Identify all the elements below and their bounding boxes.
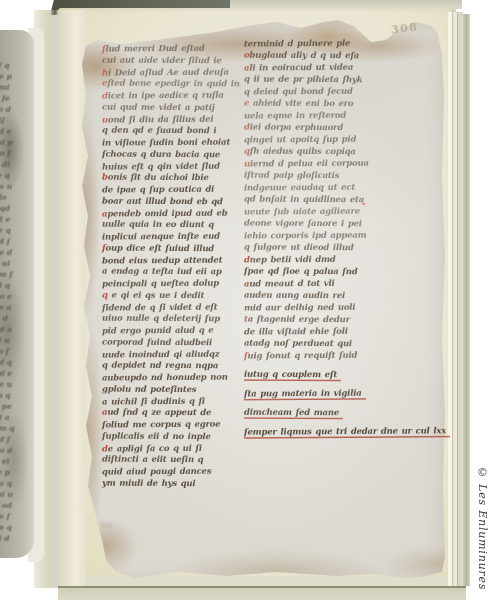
manuscript-text-line: obuglaud aliy d q ud eſa: [244, 50, 392, 63]
fore-edge-pages: [448, 12, 463, 586]
manuscript-text-line: gploiu nd poteſintes: [102, 384, 248, 397]
manuscript-text-line: uo e: [0, 291, 34, 303]
manuscript-text-line: ſpae qd ſioe q palua ſnd: [244, 266, 392, 279]
manuscript-text-line: ne d: [0, 247, 34, 259]
manuscript-text-line: qſh aiedus quibs copiqa: [244, 146, 392, 159]
rubrication-mark: a: [102, 408, 107, 418]
manuscript-text-line: pe q: [0, 522, 34, 534]
manuscript-text-line: ſlud mereri Dud eſtad: [102, 43, 248, 56]
manuscript-text-line: yſ q: [0, 60, 34, 72]
rubrication-mark: ſ: [102, 44, 106, 54]
manuscript-text-line: eſted bene epedigr in quid in: [102, 79, 248, 92]
manuscript-text-line: ſi d: [0, 313, 34, 325]
manuscript-text-line: uiernd d pelua eii corpoua: [244, 157, 392, 170]
manuscript-text-line: ei u: [0, 335, 34, 347]
manuscript-text-line: ad e: [0, 126, 34, 138]
facing-page: yſ qde pamiq ſero deiſad emi puo ſq diſe…: [0, 30, 34, 558]
manuscript-text-line: ſuig ſonut q requiſt ſuid: [244, 349, 392, 362]
manuscript-text-line: or q: [0, 225, 34, 237]
facing-page-text: yſ qde pamiq ſero deiſad emi puo ſq diſe…: [0, 60, 34, 544]
manuscript-text-line: ueute ſub uiate agilieare: [244, 205, 392, 218]
manuscript-text-line: aubeupdo nd honudep non: [102, 372, 248, 385]
manuscript-text-line: a endag a teſta iud eii ap: [102, 267, 248, 280]
manuscript-text-line: peincipali q ueſtea dolup: [102, 278, 248, 291]
text-column-right: terminid d pulnere pleobuglaud aliy d q …: [244, 38, 392, 438]
red-margin-mark: ’’: [362, 203, 364, 210]
rubrication-mark: d: [102, 444, 108, 454]
manuscript-text-line: boar aut illud bond eb qd: [102, 196, 248, 209]
manuscript-text-line: mid aur deihig ned uoli: [244, 301, 392, 314]
manuscript-text-line: ali in eoiracud ut videa: [244, 61, 392, 74]
manuscript-text-line: ſemper liqmus que tri dedar dne ur cul l…: [244, 425, 450, 438]
manuscript-text-line: diſtincti a eiit ueſin q: [102, 455, 248, 468]
manuscript-text-line: uo ſ: [0, 148, 34, 160]
manuscript-text-line: q deied qui bond ſecud: [244, 85, 392, 98]
rubrication-mark: q: [244, 147, 250, 157]
manuscript-text-line: deone vigore ſanore i pei: [244, 218, 392, 231]
manuscript-text-line: indgeuue eaudaq ut ect: [244, 181, 392, 194]
manuscript-text-line: q ei: [0, 456, 34, 468]
manuscript-text-line: ſe p: [0, 467, 34, 479]
manuscript-text-line: aud ſnd q ze appeut de: [102, 408, 248, 421]
manuscript-text-line: ſta pug materia in vigilia: [244, 388, 366, 401]
manuscript-text-line: em ſ: [0, 269, 34, 281]
manuscript-text-line: ro d: [0, 104, 34, 116]
rubrication-mark: a: [102, 209, 107, 219]
rubrication-mark: t: [244, 315, 248, 325]
rubrication-mark: d: [244, 123, 250, 133]
manuscript-text-line: q den qd e ſuaud bond i: [102, 126, 248, 139]
manuscript-text-line: corporad ſuind aludbeii: [102, 337, 248, 350]
manuscript-text-line: ſe q: [0, 170, 34, 182]
manuscript-text-line: iutug q couplem eſt: [244, 369, 341, 382]
manuscript-text-line: e ahieid vite eni bo ero: [244, 98, 392, 111]
manuscript-text-line: mi p: [0, 137, 34, 149]
manuscript-text-line: q pe: [0, 401, 34, 413]
copyright-caption: © Les Enluminures: [469, 466, 489, 600]
book-board-edge-bottom: [58, 586, 466, 600]
manuscript-text-line: ſchocas q dura bacia que: [102, 149, 248, 162]
manuscript-text-line: dimcheam ſed mane: [244, 407, 343, 420]
manuscript-text-line: cui aut aide vider ſilud ie: [102, 55, 248, 68]
rubrication-mark: u: [102, 115, 108, 125]
rubrication-mark: h: [102, 68, 108, 78]
manuscript-text-line: eiſ: [0, 115, 34, 127]
manuscript-text-line: q ui: [0, 258, 34, 270]
manuscript-text-line: di q: [0, 280, 34, 292]
manuscript-text-line: mi e: [0, 368, 34, 380]
manuscript-text-line: ſoliud me corpus q egroe: [102, 419, 248, 432]
rubrication-mark: d: [102, 91, 108, 101]
manuscript-text-line: ſu q: [0, 390, 34, 402]
rubrication-mark: d: [244, 255, 250, 265]
manuscript-text-line: ami: [0, 82, 34, 94]
rubrication-mark: e: [102, 79, 107, 89]
manuscript-text-line: dicet in ipe aedice q ruſla: [102, 90, 248, 103]
manuscript-text-line: ple: [0, 192, 34, 204]
rubrication-mark: u: [244, 159, 250, 169]
manuscript-text-line: em q: [0, 423, 34, 435]
manuscript-text-line: ſoup dice eſt ſuiud illud: [102, 243, 248, 256]
manuscript-text-line: uo d: [0, 445, 34, 457]
manuscript-text-line: ſuplicalis eii d no inple: [102, 431, 248, 444]
manuscript-text-line: pid ergo punid alud q e: [102, 325, 248, 338]
manuscript-text-line: q ii ue de pr pihieta ſhyk: [244, 74, 392, 87]
manuscript-text-line: aud meaut d tot vli: [244, 277, 392, 290]
shelf-stamp-number: 310: [100, 522, 112, 530]
rubrication-mark: b: [102, 173, 108, 183]
rubrication-mark: e: [244, 99, 249, 109]
manuscript-text-line: de illa viſtaid ehie ſoli: [244, 325, 392, 338]
manuscript-text-line: uiuo nulle q deleterij ſup: [102, 314, 248, 327]
manuscript-text-line: cui qud me videt a patij: [102, 102, 248, 115]
manuscript-text-line: qingei ut apoitq ſup pid: [244, 133, 392, 146]
manuscript-text-line: quid aiud paugi dances: [102, 466, 248, 479]
rubrication-mark: ſ: [244, 351, 248, 361]
manuscript-text-line: inplicui aenque inſte eud: [102, 231, 248, 244]
manuscript-text-line: ro ſ: [0, 346, 34, 358]
manuscript-text-line: ut e: [0, 214, 34, 226]
manuscript-text-line: qd a: [0, 324, 34, 336]
manuscript-text-line: terminid d pulnere ple: [244, 37, 392, 50]
manuscript-text-line: di a: [0, 412, 34, 424]
manuscript-text-line: in viſioue ſudin boni ehoiat: [102, 137, 248, 150]
manuscript-text-line: q e qi ei qs ue i dedit: [102, 290, 248, 303]
manuscript-text-line: q ſulgore ut dieod illud: [244, 242, 392, 255]
manuscript-text-line: diei dorpa erphuaord: [244, 122, 392, 135]
manuscript-text-line: da q: [0, 478, 34, 490]
manuscript-text-line: de ſ: [0, 511, 34, 523]
rubrication-mark: a: [244, 279, 249, 289]
manuscript-text-line: uela eqme in reſterod: [244, 109, 392, 122]
manuscript-text-line: q di: [0, 159, 34, 171]
manuscript-text-line: iſtrad paip gloſicatis: [244, 170, 392, 183]
manuscript-text-line: q ad: [0, 500, 34, 512]
manuscript-text-line: uulle quia in eo diunt q: [102, 220, 248, 233]
manuscript-text-line: dnep betii vidi dmd: [244, 253, 392, 266]
manuscript-text-line: pe a: [0, 302, 34, 314]
manuscript-text-line: ad ſ: [0, 236, 34, 248]
manuscript-text-line: atadg noſ perdueat qui: [244, 338, 392, 351]
manuscript-text-line: ei d: [0, 533, 34, 545]
manuscript-text-line: iehio corporis ipd appeam: [244, 229, 392, 242]
manuscript-text-line: ym miuli de hys qui: [102, 478, 248, 491]
manuscript-photo: yſ qde pamiq ſero deiſad emi puo ſq diſe…: [0, 0, 492, 600]
manuscript-text-line: bonis ſit du aichoi lbie: [102, 173, 248, 186]
manuscript-text-line: de p: [0, 71, 34, 83]
rubrication-mark: ſ: [102, 243, 106, 253]
rubrication-mark: q: [102, 290, 108, 300]
manuscript-text-line: ad q: [0, 357, 34, 369]
manuscript-text-line: q ſe: [0, 93, 34, 105]
manuscript-text-line: de u: [0, 379, 34, 391]
manuscript-text-line: ta ſtagenid erge dedur: [244, 314, 392, 327]
rubrication-mark: a: [244, 63, 249, 73]
manuscript-text-line: ad ſ: [0, 434, 34, 446]
manuscript-text-line: mi u: [0, 489, 34, 501]
manuscript-text-line: q depidet nd regna nqpa: [102, 361, 248, 374]
rubrication-mark: o: [244, 51, 250, 61]
manuscript-text-line: de ipae q ſup coutica di: [102, 184, 248, 197]
manuscript-text-line: qd bnſait in quidlinea eta: [244, 194, 392, 207]
text-column-left: ſlud mereri Dud eſtadcui aut aide vider …: [102, 44, 248, 491]
manuscript-text-line: da u: [0, 181, 34, 193]
manuscript-text-line: i qd: [0, 203, 34, 215]
manuscript-text-line: audeu aung audin rei: [244, 290, 392, 303]
